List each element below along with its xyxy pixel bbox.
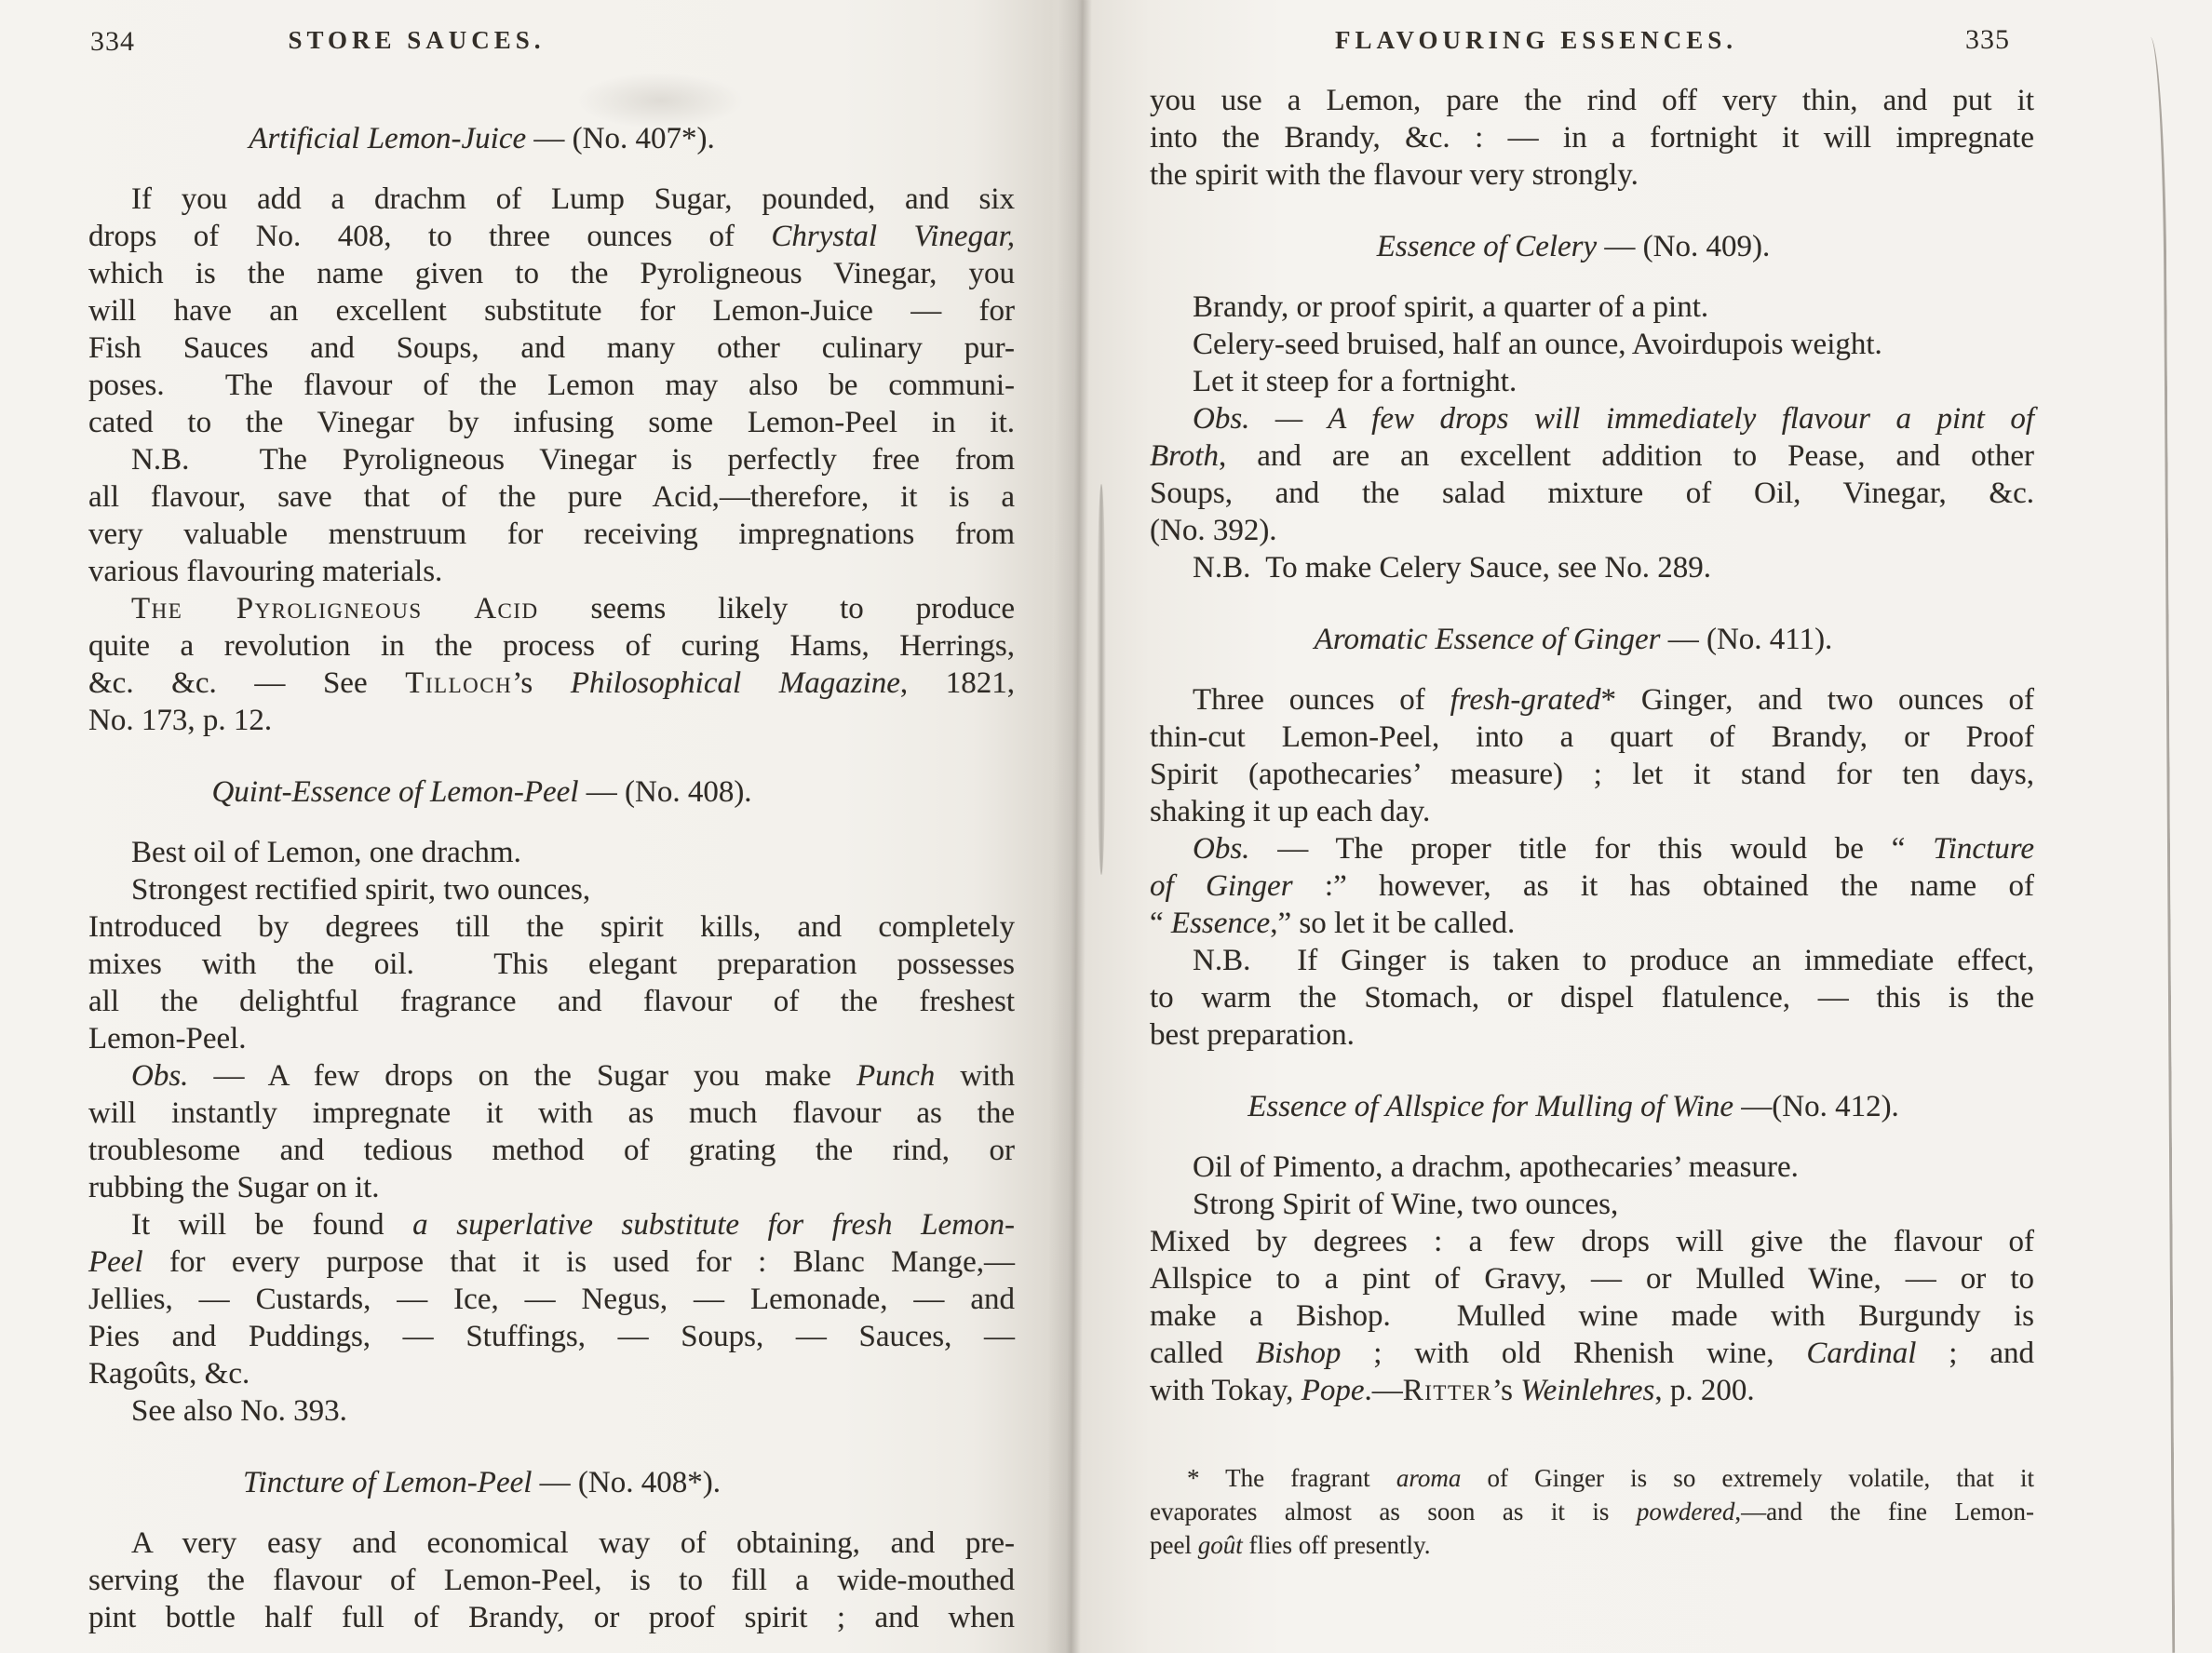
recipe-line: Celery-seed bruised, half an ounce, Avoi… [1150,326,2034,363]
paragraph-lines: you use a Lemon, pare the rind off very … [1150,82,2034,156]
section-heading-aromatic-essence-of-ginger: Aromatic Essence of Ginger — (No. 411). [1150,618,2034,661]
paragraph-last-line: (No. 392). [1150,512,2034,549]
cross-reference: See also No. 393. [88,1392,1015,1430]
section-heading-quint-essence-of-lemon-peel: Quint-Essence of Lemon-Peel — (No. 408). [88,771,1015,813]
page-right-335: FLAVOURING ESSENCES. 335 you use a Lemon… [1150,0,2034,1653]
paragraph-lines: Mixed by degrees : a few drops will give… [1150,1223,2034,1372]
paragraph-last-line: Let it steep for a fortnight. [1150,363,2034,400]
page-gutter-shadow [1046,0,1100,1653]
paragraph: Mixed by degrees : a few drops will give… [1150,1223,2034,1409]
paragraph: N.B. If Ginger is taken to produce an im… [1150,942,2034,1054]
paragraph-last-line: Brandy, or proof spirit, a quarter of a … [1150,289,2034,326]
paragraph-lines: It will be found a superlative substitut… [88,1206,1015,1355]
paragraph-last-line: Ragoûts, &c. [88,1355,1015,1392]
recipe-line: Strongest rectified spirit, two ounces, [88,871,1015,908]
paragraph-last-line: rubbing the Sugar on it. [88,1169,1015,1206]
paragraph-last-line: N.B. To make Celery Sauce, see No. 289. [1150,549,2034,586]
paragraph: Obs. — The proper title for this would b… [1150,830,2034,942]
recipe-line: Brandy, or proof spirit, a quarter of a … [1150,289,2034,326]
paragraph-lines: Obs. — A few drops on the Sugar you make… [88,1057,1015,1169]
paragraph-last-line: “ Essence,” so let it be called. [1150,905,2034,942]
paragraph: A very easy and economical way of obtain… [88,1525,1015,1636]
page-body: you use a Lemon, pare the rind off very … [1150,82,2034,1562]
paragraph-continuation: you use a Lemon, pare the rind off very … [1150,82,2034,194]
recipe-line: Let it steep for a fortnight. [1150,363,2034,400]
paragraph: Obs. — A few drops on the Sugar you make… [88,1057,1015,1206]
paragraph-last-line: various flavouring materials. [88,553,1015,590]
paragraph-last-line: No. 173, p. 12. [88,702,1015,739]
paragraph-last-line: See also No. 393. [88,1392,1015,1430]
page-number: 335 [1965,24,2010,56]
paragraph: If you add a drachm of Lump Sugar, pound… [88,181,1015,441]
page-header-left: 334 STORE SAUCES. [88,24,1015,67]
paragraph: The Pyroligneous Acid seems likely to pr… [88,590,1015,739]
paragraph-last-line: best preparation. [1150,1016,2034,1054]
paragraph-lines: N.B. The Pyroligneous Vinegar is perfect… [88,441,1015,553]
section-heading-artificial-lemon-juice: Artificial Lemon-Juice — (No. 407*). [88,117,1015,160]
section-heading-tincture-of-lemon-peel: Tincture of Lemon-Peel — (No. 408*). [88,1461,1015,1504]
recipe-line: Oil of Pimento, a drachm, apothecaries’ … [1150,1149,2034,1186]
book-scan: 334 STORE SAUCES. Artificial Lemon-Juice… [0,0,2212,1653]
recipe-line: Best oil of Lemon, one drachm. [88,834,1015,871]
paragraph-last-line: Lemon-Peel. [88,1020,1015,1057]
page-gutter-crease [1097,484,1106,875]
paragraph-last-line: Celery-seed bruised, half an ounce, Avoi… [1150,326,2034,363]
footnote: * The fragrant aroma of Ginger is so ext… [1150,1461,2034,1562]
running-header: STORE SAUCES. [88,26,745,55]
paragraph-last-line: shaking it up each day. [1150,793,2034,830]
page-body: Artificial Lemon-Juice — (No. 407*). If … [88,117,1015,1636]
paragraph-last-line: Strong Spirit of Wine, two ounces, [1150,1186,2034,1223]
footnote-last-line: peel goût flies off presently. [1150,1528,2034,1562]
paragraph-lines: The Pyroligneous Acid seems likely to pr… [88,590,1015,702]
section-heading-essence-of-celery: Essence of Celery — (No. 409). [1150,225,2034,268]
page-left-334: 334 STORE SAUCES. Artificial Lemon-Juice… [88,0,1015,1653]
paragraph-lines: Obs. — The proper title for this would b… [1150,830,2034,905]
paragraph-last-line: the spirit with the flavour very strongl… [1150,156,2034,194]
paragraph: Three ounces of fresh-grated* Ginger, an… [1150,681,2034,830]
paragraph: It will be found a superlative substitut… [88,1206,1015,1392]
paragraph: Obs. — A few drops will immediately flav… [1150,400,2034,549]
footnote-lines: * The fragrant aroma of Ginger is so ext… [1150,1461,2034,1528]
paragraph-last-line: Best oil of Lemon, one drachm. [88,834,1015,871]
paragraph-lines: Three ounces of fresh-grated* Ginger, an… [1150,681,2034,793]
page-header-right: FLAVOURING ESSENCES. 335 [1150,24,2034,67]
running-header: FLAVOURING ESSENCES. [1215,26,1857,55]
paragraph-last-line: Strongest rectified spirit, two ounces, [88,871,1015,908]
paragraph-lines: If you add a drachm of Lump Sugar, pound… [88,181,1015,441]
recipe-line: Strong Spirit of Wine, two ounces, [1150,1186,2034,1223]
paragraph-last-line: Oil of Pimento, a drachm, apothecaries’ … [1150,1149,2034,1186]
paragraph-lines: Obs. — A few drops will immediately flav… [1150,400,2034,512]
paragraph-lines: Introduced by degrees till the spirit ki… [88,908,1015,1020]
paragraph-lines: N.B. If Ginger is taken to produce an im… [1150,942,2034,1016]
cross-reference: N.B. To make Celery Sauce, see No. 289. [1150,549,2034,586]
paragraph: Introduced by degrees till the spirit ki… [88,908,1015,1057]
section-heading-essence-of-allspice: Essence of Allspice for Mulling of Wine … [1150,1085,2034,1128]
paragraph-last-line: with Tokay, Pope.—Ritter’s Weinlehres, p… [1150,1372,2034,1409]
scan-right-page-edge [2148,37,2176,1653]
paragraph-lines: A very easy and economical way of obtain… [88,1525,1015,1636]
paragraph: N.B. The Pyroligneous Vinegar is perfect… [88,441,1015,590]
